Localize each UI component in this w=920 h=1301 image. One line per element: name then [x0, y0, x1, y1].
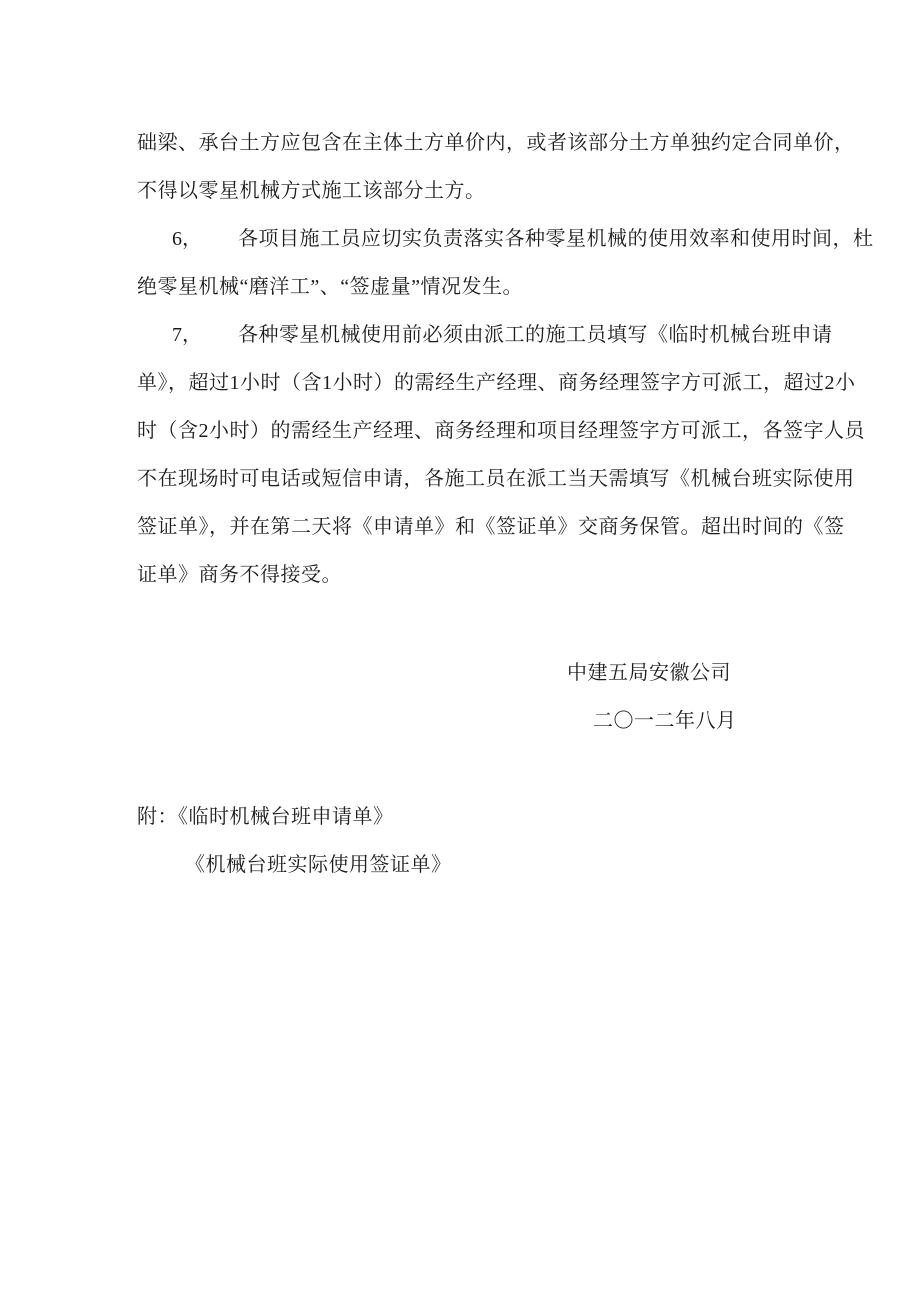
paragraph-line: 单》，超过1小时（含1小时）的需经生产经理、商务经理签字方可派工，超过2小 — [137, 359, 867, 407]
attachment-block: 附：《临时机械台班申请单》 《机械台班实际使用签证单》 — [137, 793, 867, 889]
paragraph-number: 6， — [172, 215, 238, 263]
paragraph-number: 7， — [172, 311, 238, 359]
line-text: 证单》商务不得接受。 — [137, 564, 342, 586]
attachment-item: 《临时机械台班申请单》 — [178, 806, 394, 828]
line-text: 础梁、承台土方应包含在主体土方单价内，或者该部分土方单独约定合同单价， — [137, 132, 855, 154]
attachment-line: 附：《临时机械台班申请单》 — [137, 793, 867, 841]
attachment-line: 《机械台班实际使用签证单》 — [185, 841, 867, 889]
paragraph-line: 6，各项目施工员应切实负责落实各种零星机械的使用效率和使用时间，杜 — [137, 215, 867, 263]
signature-date: 二〇一二年八月 — [593, 697, 867, 745]
paragraph-line: 不得以零星机械方式施工该部分土方。 — [137, 167, 867, 215]
paragraph-line: 绝零星机械“磨洋工”、“签虚量”情况发生。 — [137, 263, 867, 311]
paragraph-line: 时（含2小时）的需经生产经理、商务经理和项目经理签字方可派工，各签字人员 — [137, 407, 867, 455]
line-text: 单》，超过1小时（含1小时）的需经生产经理、商务经理签字方可派工，超过2小 — [137, 372, 856, 394]
signature-block: 中建五局安徽公司 二〇一二年八月 — [137, 649, 867, 745]
paragraph-line: 不在现场时可电话或短信申请，各施工员在派工当天需填写《机械台班实际使用 — [137, 455, 867, 503]
document-page: 础梁、承台土方应包含在主体土方单价内，或者该部分土方单独约定合同单价， 不得以零… — [0, 0, 920, 1301]
line-text: 各项目施工员应切实负责落实各种零星机械的使用效率和使用时间，杜 — [238, 228, 874, 250]
line-text: 签证单》，并在第二天将《申请单》和《签证单》交商务保管。超出时间的《签 — [137, 516, 845, 538]
paragraph-line: 签证单》，并在第二天将《申请单》和《签证单》交商务保管。超出时间的《签 — [137, 503, 867, 551]
line-text: 不在现场时可电话或短信申请，各施工员在派工当天需填写《机械台班实际使用 — [137, 468, 855, 490]
line-text: 绝零星机械“磨洋工”、“签虚量”情况发生。 — [137, 276, 523, 298]
paragraph-line: 证单》商务不得接受。 — [137, 551, 867, 599]
attachment-item: 《机械台班实际使用签证单》 — [185, 854, 452, 876]
paragraph-line: 7，各种零星机械使用前必须由派工的施工员填写《临时机械台班申请 — [137, 311, 867, 359]
line-text: 时（含2小时）的需经生产经理、商务经理和项目经理签字方可派工，各签字人员 — [137, 420, 865, 442]
signature-company: 中建五局安徽公司 — [567, 649, 867, 697]
document-body: 础梁、承台土方应包含在主体土方单价内，或者该部分土方单独约定合同单价， 不得以零… — [137, 119, 867, 889]
line-text: 各种零星机械使用前必须由派工的施工员填写《临时机械台班申请 — [238, 324, 833, 346]
line-text: 不得以零星机械方式施工该部分土方。 — [137, 180, 486, 202]
signature-date-text: 二〇一二年八月 — [593, 710, 737, 732]
attachment-label: 附： — [137, 806, 178, 828]
signature-company-text: 中建五局安徽公司 — [567, 662, 731, 684]
paragraph-line: 础梁、承台土方应包含在主体土方单价内，或者该部分土方单独约定合同单价， — [137, 119, 867, 167]
